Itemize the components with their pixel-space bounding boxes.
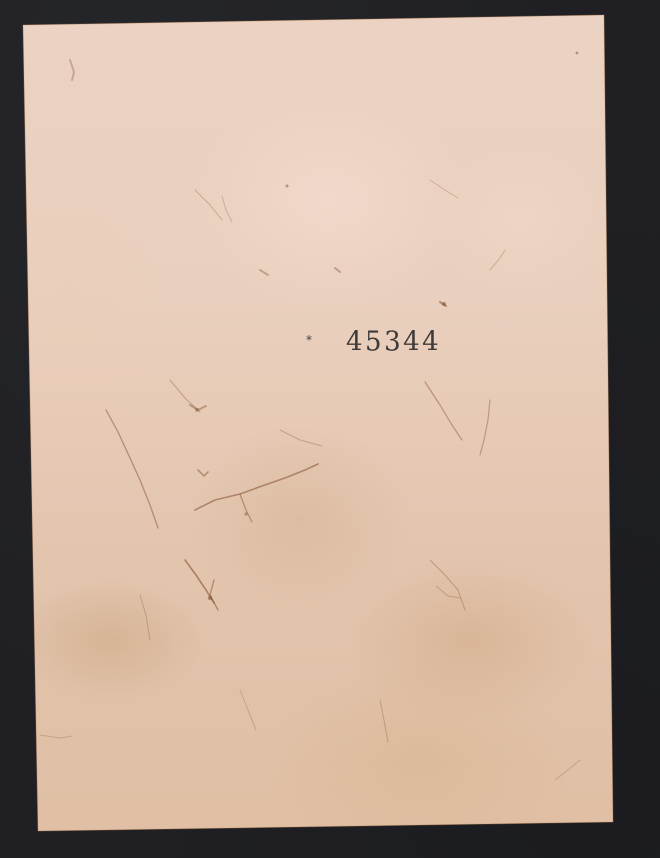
scan-background: * 45344 [0, 0, 660, 858]
serial-star-mark: * [306, 333, 312, 347]
serial-number: 45344 [346, 326, 441, 358]
paper-sheet [0, 0, 660, 858]
